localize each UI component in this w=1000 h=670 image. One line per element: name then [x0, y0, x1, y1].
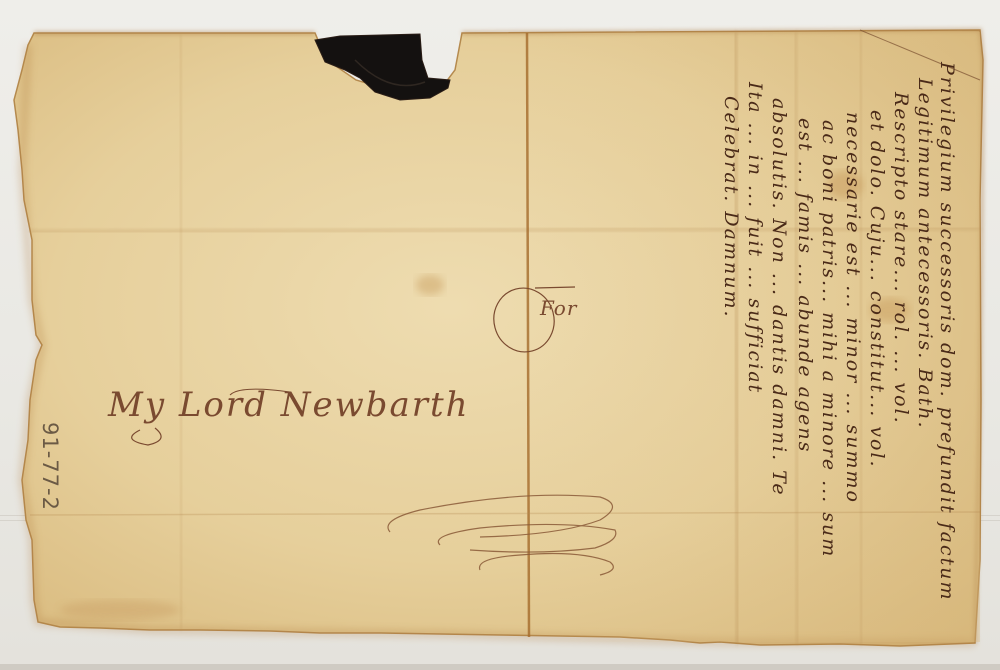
address-prefix: For [540, 296, 577, 320]
endorsement-line: Privilegium successoris dom. prefundit f… [936, 62, 958, 602]
endorsement-line: absolutis. Non ... dantis damni. Te [768, 98, 790, 497]
endorsement-line: Ita ... in ... fuit ... sufficiat [744, 82, 766, 394]
endorsement-line: Celebrat. Damnum. [720, 96, 742, 319]
endorsement-line: ac boni patris... mihi a minore ... sum [818, 120, 840, 558]
endorsement-line: Rescripto stare... rol. ... vol. [890, 92, 912, 425]
address-recipient: My Lord Newbarth [108, 385, 470, 425]
endorsement-line: et dolo. Cuju... constitut... vol. [866, 110, 888, 469]
catalog-number: 91-77-2 [38, 422, 62, 511]
endorsement-line: Legitimum antecessoris. Bath. [914, 78, 936, 430]
endorsement-line: est ... famis ... abunde agens [794, 118, 816, 453]
endorsement-line: necessarie est ... minor ... summo [842, 112, 864, 504]
